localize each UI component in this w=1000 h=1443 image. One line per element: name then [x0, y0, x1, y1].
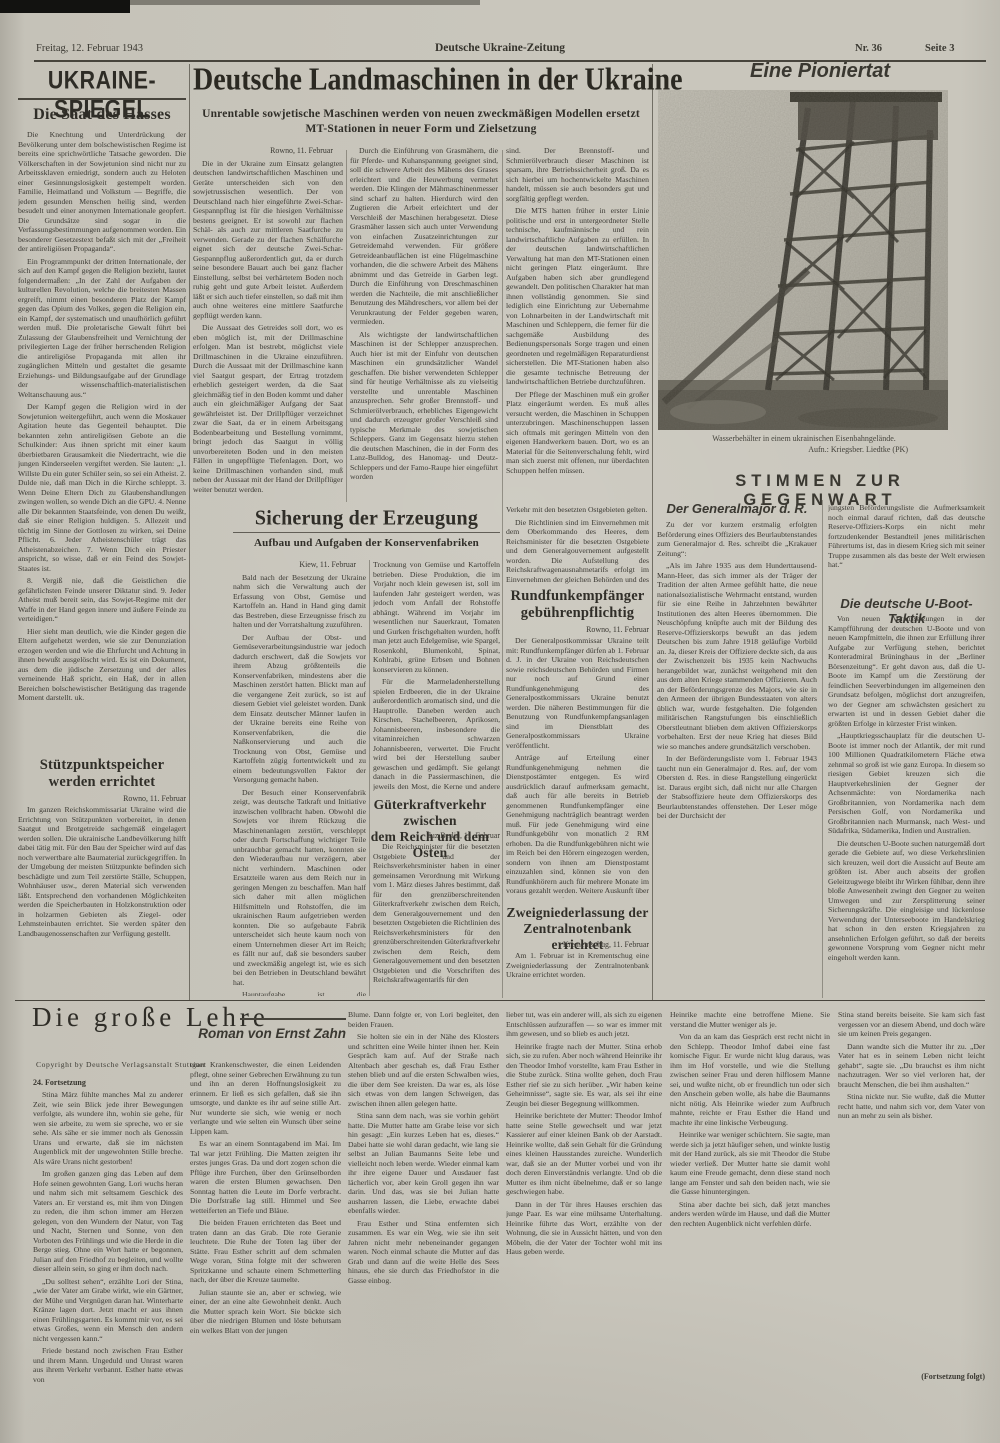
masthead-date: Freitag, 12. Februar 1943 [36, 43, 266, 54]
paragraph: Trocknung von Gemüse und Kartoffeln betr… [373, 560, 500, 674]
paragraph: Blume. Dann folgte er, von Lori begleite… [348, 1010, 499, 1029]
paragraph: Hier sieht man deutlich, wie die Kinder … [18, 627, 186, 703]
paragraph: Für die Marmeladenherstellung spielen Er… [373, 677, 500, 792]
sicherung-col-b: Trocknung von Gemüse und Kartoffeln betr… [373, 560, 500, 792]
title-line: Güterkraftverkehr zwischen [355, 797, 505, 829]
paragraph: Stina sann dem nach, was sie vorhin gehö… [348, 1111, 499, 1216]
paragraph: Heinrike fragte nach der Mutter. Stina e… [506, 1042, 662, 1109]
title-line: gebührenpflichtig [506, 605, 649, 622]
paragraph: Dann in der Tür ihres Hauses erschien da… [506, 1200, 662, 1257]
paragraph: Der Besuch einer Konservenfabrik zeigt, … [233, 788, 366, 988]
generalmajor-continuation: jüngsten Beförderungsliste die Aufmerksa… [828, 503, 985, 595]
paragraph: Der Generalpostkommissar Ukraine teilt m… [506, 636, 649, 750]
paragraph: Julian staunte sie an, aber er schwieg, … [190, 1288, 341, 1336]
paragraph: jüngsten Beförderungsliste die Aufmerksa… [828, 503, 985, 570]
scan-edge-smudge [130, 0, 480, 5]
sicherung-col-a: Kiew, 11. Februar Bald nach der Besetzun… [233, 560, 366, 996]
article-title-sicherung: Sicherung der Erzeugung [233, 506, 500, 531]
paragraph: Die beiden Frauen errichteten das Beet u… [190, 1218, 341, 1285]
divider [369, 560, 370, 996]
main-article-col-1: Rowno, 11. Februar Die in der Ukraine zu… [193, 146, 343, 504]
paragraph: Heinrike machte eine betroffene Miene. S… [670, 1010, 830, 1029]
novel-col-3: Blume. Dann folgte er, von Lori begleite… [348, 1010, 499, 1438]
title-line: Rundfunkempfänger [506, 588, 649, 605]
paragraph: Im ganzen Reichskommissariat Ukraine wir… [18, 805, 186, 938]
paragraph: Von neuen Voraussetzungen in der Kampffü… [828, 614, 985, 728]
title-line: Stützpunktspeicher [18, 757, 186, 774]
paragraph: Durch die Einführung von Grasmähern, die… [350, 146, 498, 327]
paragraph: Die Aussaat des Getreides soll dort, wo … [193, 323, 343, 494]
paragraph: Zu der vor kurzem erstmalig erfolgten Be… [657, 520, 817, 558]
article-body-saat-des-hasses: Die Knechtung und Unterdrückung der Bevö… [18, 130, 186, 754]
novel-author: Roman von Ernst Zahn [190, 1026, 346, 1041]
paragraph: Heinrike war weniger schüchtern. Sie sag… [670, 1130, 830, 1197]
article-body-uboot-taktik: Von neuen Voraussetzungen in der Kampffü… [828, 614, 985, 998]
paragraph: Verkehr mit den besetzten Ostgebieten ge… [506, 505, 649, 515]
section-rule [18, 98, 186, 100]
main-subtitle-2: MT-Stationen in neuer Form und Zielsetzu… [193, 123, 649, 135]
divider [502, 150, 503, 998]
paragraph: Die deutschen U-Boote suchen naturgemäß … [828, 839, 985, 963]
article-subtitle-sicherung: Aufbau und Aufgaben der Konservenfabrike… [233, 537, 500, 549]
novel-col-2: einer Krankenschwester, die einen Leiden… [190, 1060, 341, 1438]
paragraph: Die MTS hatten früher in erster Linie po… [506, 206, 649, 387]
dateline: Rowno, 11. Februar [18, 794, 196, 804]
main-subtitle-1: Unrentable sowjetische Maschinen werden … [193, 108, 649, 120]
novel-col-6: Stina stand bereits beiseite. Sie kam si… [838, 1010, 985, 1370]
dateline: Kiew, 11. Februar [233, 560, 366, 570]
masthead-issue: Nr. 36 [855, 43, 925, 54]
article-title-generalmajor: Der Generalmajor d. R. [657, 501, 817, 516]
paragraph: Heinrike berichtete der Mutter: Theodor … [506, 1111, 662, 1197]
paragraph: „Als im Jahre 1935 aus dem Hunderttausen… [657, 561, 817, 751]
paragraph: Stina aber dachte bei sich, daß jetzt ma… [670, 1200, 830, 1229]
main-article-col-3: sind. Der Brennstoff- und Schmierölverbr… [506, 146, 649, 504]
continuation-text: Verkehr mit den besetzten Ostgebieten ge… [506, 505, 649, 585]
main-article-col-2: Durch die Einführung von Grasmähern, die… [350, 146, 498, 504]
divider [346, 150, 347, 502]
title-rule [233, 532, 500, 533]
paragraph: Frau Esther und Stina entfernten sich zu… [348, 1219, 499, 1286]
paragraph: sind. Der Brennstoff- und Schmierölverbr… [506, 146, 649, 203]
article-body-generalmajor: Zu der vor kurzem erstmalig erfolgten Be… [657, 520, 817, 998]
paragraph: Die Reichsminister für die besetzten Ost… [373, 842, 500, 985]
scan-edge-mark [0, 0, 130, 13]
article-body-gueterkraftverkehr: Die Reichsminister für die besetzten Ost… [373, 842, 500, 998]
article-title-saat-des-hasses: Die Saat des Hasses [18, 106, 186, 124]
masthead-title: Deutsche Ukraine-Zeitung [350, 42, 650, 54]
paragraph: einer Krankenschwester, die einen Leiden… [190, 1060, 341, 1136]
paragraph: Der Aufbau der Obst- und Gemüseverarbeit… [233, 633, 366, 785]
photo-credit: Aufn.: Kriegsber. Liedtke (PK) [660, 445, 948, 454]
article-body-stuetzpunktspeicher: Im ganzen Reichskommissariat Ukraine wir… [18, 805, 186, 998]
divider [189, 64, 190, 1000]
novel-col-1: Stina März fühlte manches Mal zu anderer… [33, 1090, 183, 1438]
divider [822, 500, 823, 998]
divider [652, 64, 653, 1000]
paragraph: Der Pflege der Maschinen muß ein großer … [506, 390, 649, 476]
paragraph: Ein Programmpunkt der dritten Internatio… [18, 257, 186, 400]
novel-continuation-note: (Fortsetzung folgt) [838, 1372, 985, 1381]
novel-installment: 24. Fortsetzung [33, 1078, 86, 1087]
section-rule [15, 1000, 985, 1001]
paragraph: Dann wandte sich die Mutter ihr zu. „Der… [838, 1042, 985, 1090]
paragraph: Die in der Ukraine zum Einsatz gelangten… [193, 159, 343, 321]
paragraph: Es war an einem Sonntagabend im Mai. Im … [190, 1139, 341, 1215]
dateline: Rowno, 11. Februar [193, 146, 343, 156]
title-line: Zweigniederlassung der [506, 905, 649, 921]
paragraph: lieber tut, was ein anderer will, als si… [506, 1010, 662, 1039]
article-body-zweigniederlassung: Am 1. Februar ist in Krementschug eine Z… [506, 951, 649, 991]
photo-title-eine-pioniertat: Eine Pioniertat [655, 60, 985, 83]
paragraph: „Hauptkriegsschauplatz für die deutschen… [828, 731, 985, 836]
paragraph: Stina März fühlte manches Mal zu anderer… [33, 1090, 183, 1166]
paragraph: 8. Vergiß nie, daß die Geistlichen die g… [18, 576, 186, 624]
photo-illustration [658, 90, 948, 430]
title-line: werden errichtet [18, 774, 186, 791]
paragraph: Als wichtigste der landwirtschaftlichen … [350, 330, 498, 482]
paragraph: Von da an kam das Gespräch erst recht ni… [670, 1032, 830, 1127]
newspaper-page: Freitag, 12. Februar 1943 Deutsche Ukrai… [0, 0, 1000, 1443]
dateline: duz Berlin, 11. Februar [373, 831, 510, 841]
paragraph: Die Richtlinien sind im Einvernehmen mit… [506, 518, 649, 586]
paragraph: In der Beförderungsliste vom 1. Februar … [657, 754, 817, 821]
paragraph: Stina nickte nur. Sie wußte, daß die Mut… [838, 1092, 985, 1121]
title-rule [240, 1018, 346, 1020]
paragraph: Bald nach der Besetzung der Ukraine nahm… [233, 573, 366, 630]
photo-caption: Wasserbehälter in einem ukrainischen Eis… [660, 434, 948, 443]
paragraph: Hauptaufgabe ist die Marmeladenherstellu… [233, 990, 366, 996]
paragraph: Friede bestand noch zwischen Frau Esther… [33, 1346, 183, 1384]
paragraph: Der Kampf gegen die Religion wird in der… [18, 402, 186, 573]
paragraph: Stina stand bereits beiseite. Sie kam si… [838, 1010, 985, 1039]
paragraph: Anträge auf Erteilung einer Rundfunkgene… [506, 753, 649, 898]
dateline: Krementschug, 11. Februar [506, 940, 659, 950]
main-headline: Deutsche Landmaschinen in der Ukraine [193, 62, 649, 99]
paragraph: Sie holten sie ein in der Nähe des Klost… [348, 1032, 499, 1108]
masthead-page: Seite 3 [925, 43, 985, 54]
paragraph: Am 1. Februar ist in Krementschug eine Z… [506, 951, 649, 980]
photo-water-tower [658, 90, 948, 430]
dateline: Rowno, 11. Februar [506, 625, 659, 635]
novel-col-5: Heinrike machte eine betroffene Miene. S… [670, 1010, 830, 1438]
paragraph: „Du solltest sehen“, erzählte Lori der S… [33, 1277, 183, 1344]
article-title-stuetzpunktspeicher: Stützpunktspeicher werden errichtet [18, 757, 186, 791]
paragraph: Die Knechtung und Unterdrückung der Bevö… [18, 130, 186, 254]
article-body-rundfunkempfaenger: Der Generalpostkommissar Ukraine teilt m… [506, 636, 649, 898]
paragraph: Im großen ganzen ging das Leben auf dem … [33, 1169, 183, 1274]
article-title-rundfunkempfaenger: Rundfunkempfänger gebührenpflichtig [506, 588, 649, 622]
novel-col-4: lieber tut, was ein anderer will, als si… [506, 1010, 662, 1438]
